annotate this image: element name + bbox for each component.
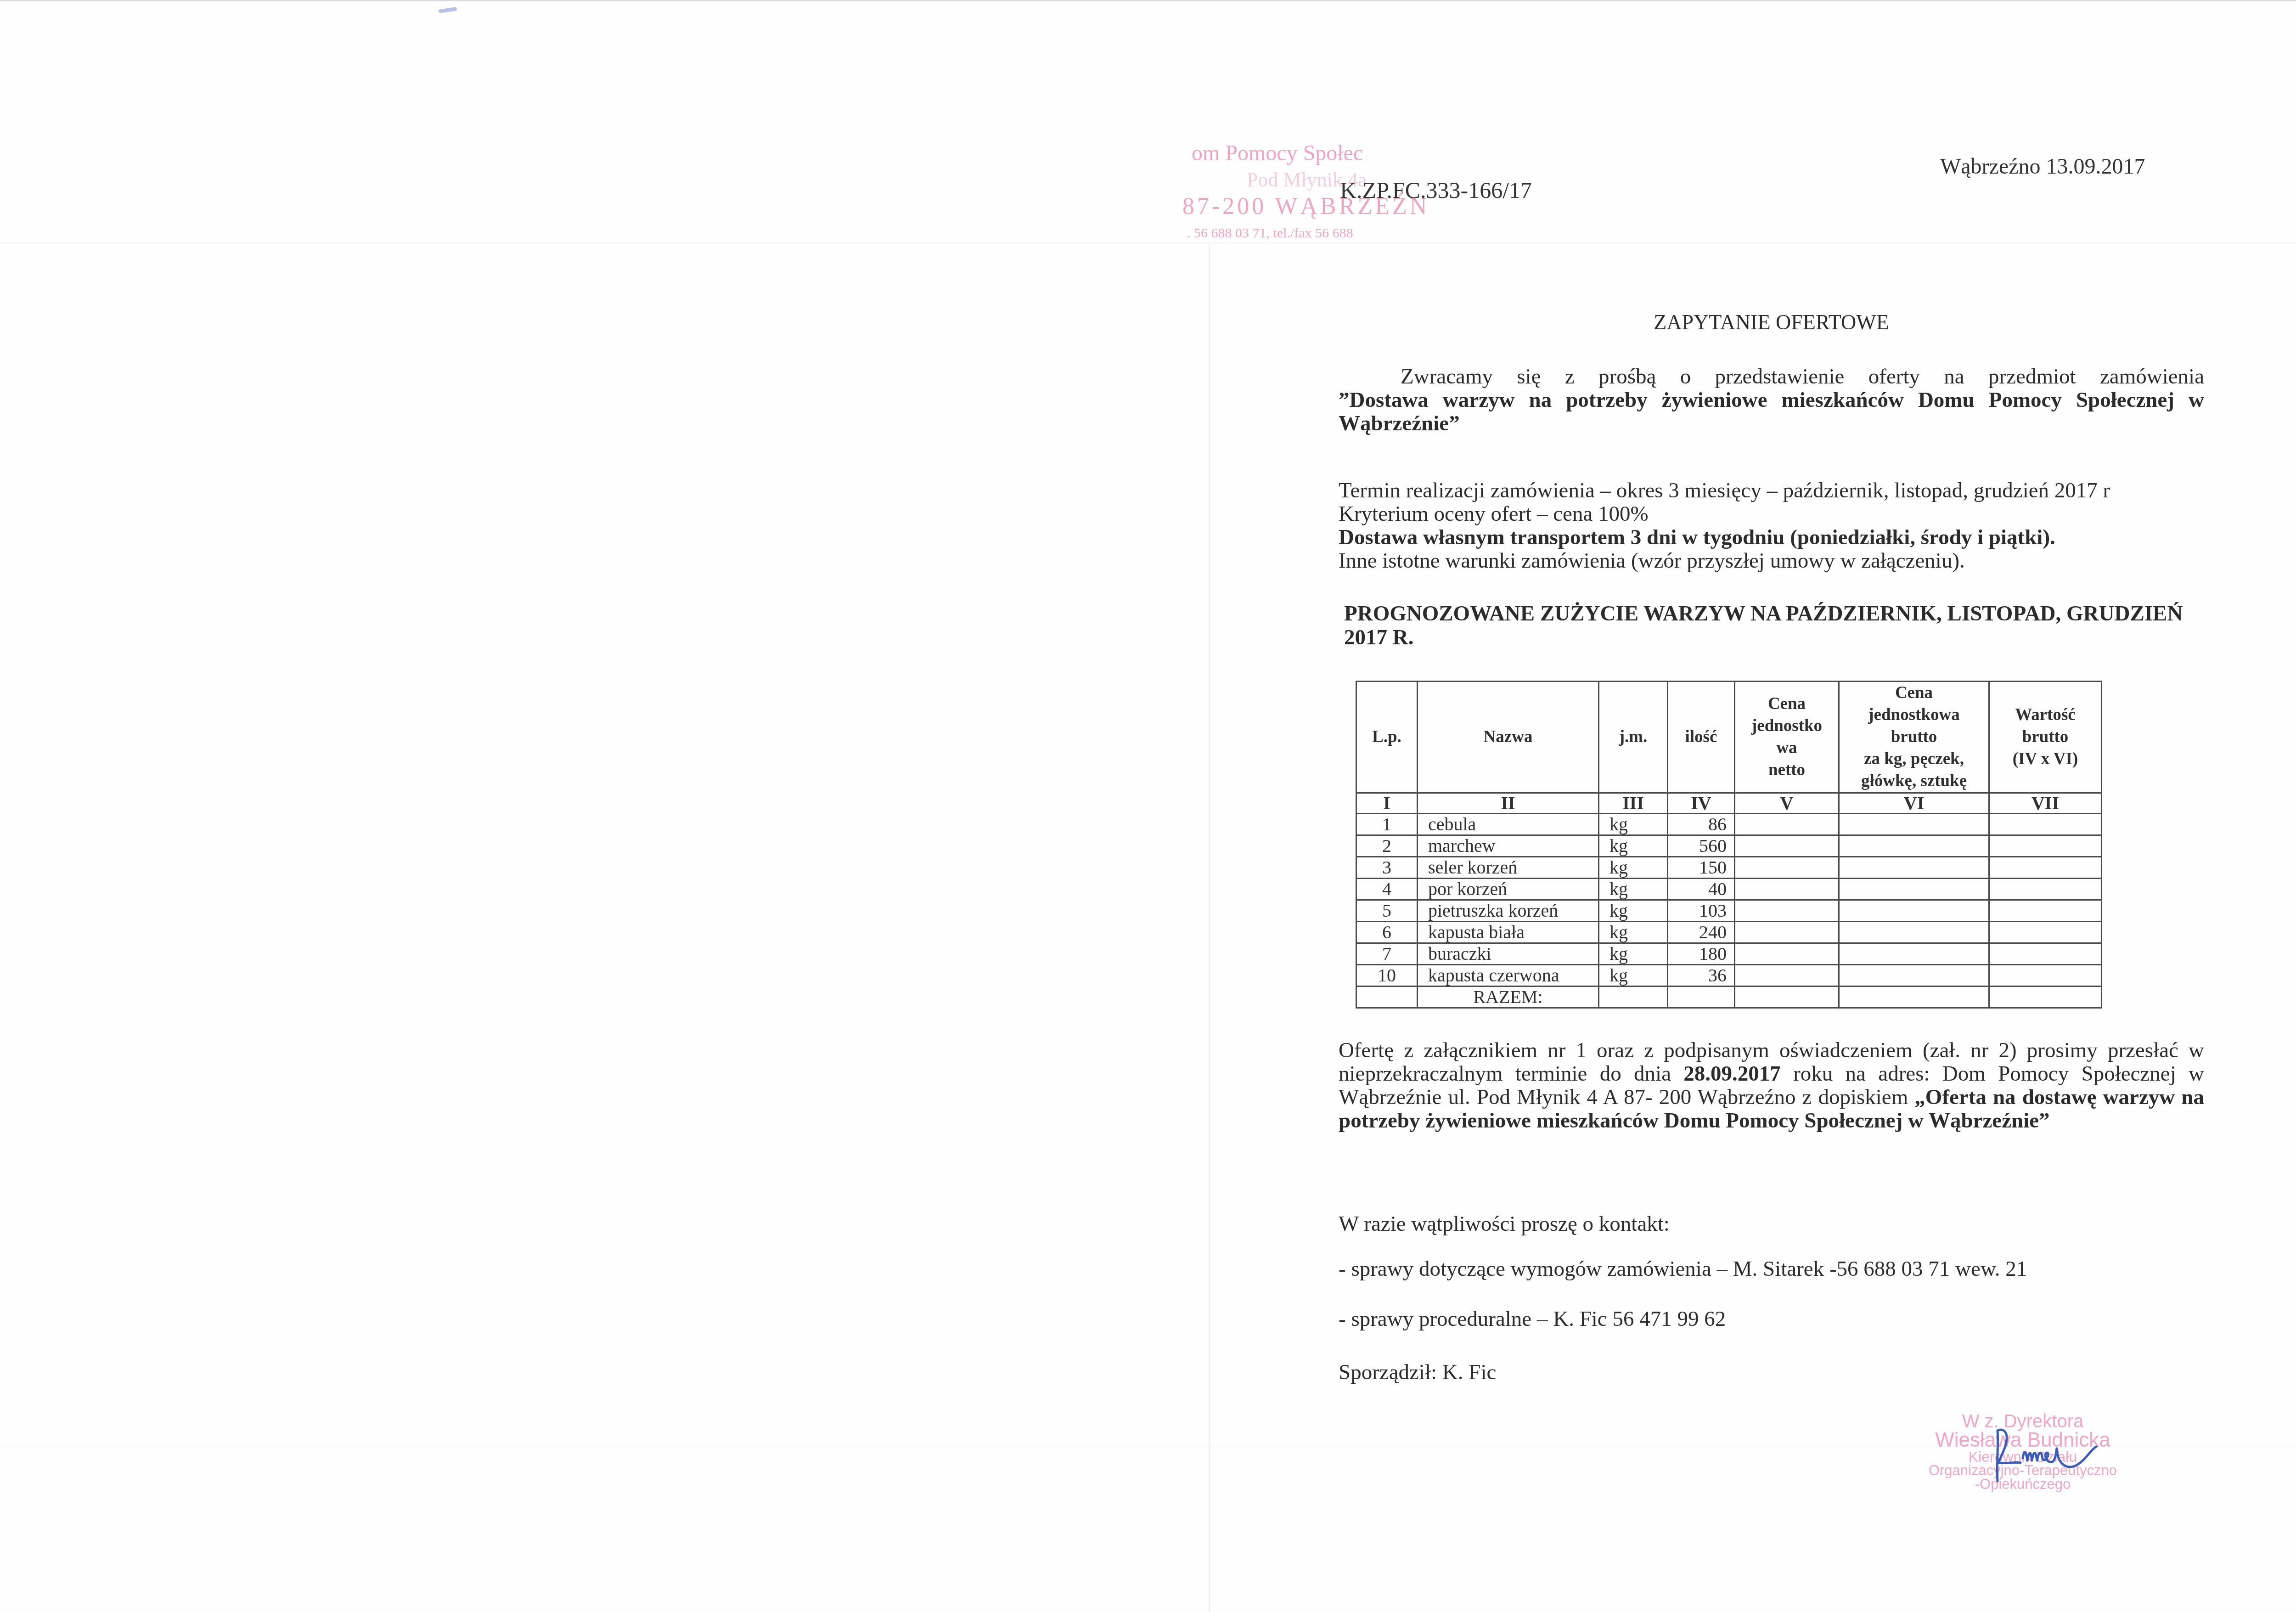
table-row: 7buraczkikg180 xyxy=(1356,943,2102,965)
terms-block: Termin realizacji zamówienia – okres 3 m… xyxy=(1339,479,2204,573)
cell-unit: kg xyxy=(1599,943,1668,965)
cell-unit: kg xyxy=(1599,900,1668,922)
table-row: 4por korzeńkg40 xyxy=(1356,879,2102,900)
offer-paragraph: Ofertę z załącznikiem nr 1 oraz z podpis… xyxy=(1339,1039,2204,1133)
cell-name: buraczki xyxy=(1418,943,1599,965)
header-value-gross-line: (IV x VI) xyxy=(1994,748,2096,770)
place-and-date: Wąbrzeźno 13.09.2017 xyxy=(1940,154,2145,179)
cell-unit-price-net[interactable] xyxy=(1735,835,1839,857)
cell-name: pietruszka korzeń xyxy=(1418,900,1599,922)
cell-quantity: 86 xyxy=(1668,814,1735,835)
cell-name: kapusta czerwona xyxy=(1418,965,1599,986)
total-cell xyxy=(1599,986,1668,1008)
cell-quantity: 240 xyxy=(1668,922,1735,943)
total-label: RAZEM: xyxy=(1418,986,1599,1008)
cell-unit: kg xyxy=(1599,835,1668,857)
header-unit-price-gross-line: jednostkowa xyxy=(1844,704,1984,726)
cell-lp: 2 xyxy=(1356,835,1418,857)
forecast-table: L.p. Nazwa j.m. ilość Cenajednostkowanet… xyxy=(1356,681,2102,1009)
term-criterion: Kryterium oceny ofert – cena 100% xyxy=(1339,502,2204,526)
cell-unit-price-gross[interactable] xyxy=(1839,900,1989,922)
header-unit-price-net-line: jednostko xyxy=(1740,715,1834,737)
cell-value-gross[interactable] xyxy=(1989,900,2102,922)
cell-name: por korzeń xyxy=(1418,879,1599,900)
cell-unit-price-gross[interactable] xyxy=(1839,922,1989,943)
header-unit-price-gross-line: Cena xyxy=(1844,682,1984,704)
total-cell xyxy=(1356,986,1418,1008)
cell-name: marchew xyxy=(1418,835,1599,857)
fold-line-horizontal xyxy=(0,242,2296,244)
header-value-gross: Wartośćbrutto(IV x VI) xyxy=(1989,682,2102,793)
cell-value-gross[interactable] xyxy=(1989,835,2102,857)
header-unit-price-gross-line: za kg, pęczek, xyxy=(1844,748,1984,770)
term-delivery: Dostawa własnym transportem 3 dni w tygo… xyxy=(1339,526,2204,549)
cell-unit: kg xyxy=(1599,857,1668,879)
header-unit-price-net: Cenajednostkowanetto xyxy=(1735,682,1839,793)
scan-top-edge xyxy=(0,0,2296,1)
cell-lp: 6 xyxy=(1356,922,1418,943)
cell-unit-price-net[interactable] xyxy=(1735,922,1839,943)
cell-name: kapusta biała xyxy=(1418,922,1599,943)
cell-lp: 3 xyxy=(1356,857,1418,879)
cell-unit: kg xyxy=(1599,922,1668,943)
cell-value-gross[interactable] xyxy=(1989,814,2102,835)
table-row: 2marchewkg560 xyxy=(1356,835,2102,857)
roman-cell: VI xyxy=(1839,793,1989,814)
stamp-line: . 56 688 03 71, tel./fax 56 688 xyxy=(1182,220,1559,247)
cell-name: cebula xyxy=(1418,814,1599,835)
roman-cell: III xyxy=(1599,793,1668,814)
table-total-row: RAZEM: xyxy=(1356,986,2102,1008)
cell-quantity: 560 xyxy=(1668,835,1735,857)
cell-unit: kg xyxy=(1599,814,1668,835)
cell-unit-price-net[interactable] xyxy=(1735,943,1839,965)
cell-unit-price-net[interactable] xyxy=(1735,857,1839,879)
table-row: 3seler korzeńkg150 xyxy=(1356,857,2102,879)
handwritten-signature-icon xyxy=(1988,1426,2108,1486)
cell-unit: kg xyxy=(1599,879,1668,900)
term-duration: Termin realizacji zamówienia – okres 3 m… xyxy=(1339,479,2204,502)
header-unit-price-net-line: netto xyxy=(1740,759,1834,781)
cell-value-gross[interactable] xyxy=(1989,965,2102,986)
total-cell xyxy=(1735,986,1839,1008)
cell-quantity: 150 xyxy=(1668,857,1735,879)
cell-value-gross[interactable] xyxy=(1989,857,2102,879)
roman-cell: V xyxy=(1735,793,1839,814)
header-quantity: ilość xyxy=(1668,682,1735,793)
header-value-gross-line: brutto xyxy=(1994,726,2096,748)
cell-value-gross[interactable] xyxy=(1989,943,2102,965)
roman-cell: IV xyxy=(1668,793,1735,814)
deadline-date: 28.09.2017 xyxy=(1683,1062,1781,1086)
cell-lp: 5 xyxy=(1356,900,1418,922)
table-row: 10kapusta czerwonakg36 xyxy=(1356,965,2102,986)
prepared-by: Sporządził: K. Fic xyxy=(1339,1361,2204,1384)
header-unit-price-gross: Cenajednostkowabruttoza kg, pęczek,główk… xyxy=(1839,682,1989,793)
cell-unit-price-net[interactable] xyxy=(1735,965,1839,986)
cell-unit: kg xyxy=(1599,965,1668,986)
intro-paragraph: Zwracamy się z prośbą o przedstawienie o… xyxy=(1339,365,2204,435)
header-unit-price-net-line: wa xyxy=(1740,737,1834,759)
cell-unit-price-gross[interactable] xyxy=(1839,835,1989,857)
table-row: 1cebulakg86 xyxy=(1356,814,2102,835)
intro-text: Zwracamy się z prośbą o przedstawienie o… xyxy=(1339,365,2204,389)
cell-name: seler korzeń xyxy=(1418,857,1599,879)
forecast-heading: PROGNOZOWANE ZUŻYCIE WARZYW NA PAŹDZIERN… xyxy=(1339,602,2210,649)
cell-unit-price-net[interactable] xyxy=(1735,900,1839,922)
cell-unit-price-gross[interactable] xyxy=(1839,943,1989,965)
cell-unit-price-net[interactable] xyxy=(1735,814,1839,835)
cell-quantity: 36 xyxy=(1668,965,1735,986)
roman-numeral-row: I II III IV V VI VII xyxy=(1356,793,2102,814)
cell-lp: 10 xyxy=(1356,965,1418,986)
table-row: 6kapusta białakg240 xyxy=(1356,922,2102,943)
contact-intro: W razie wątpliwości proszę o kontakt: xyxy=(1339,1212,2204,1236)
total-cell xyxy=(1668,986,1735,1008)
order-subject: ”Dostawa warzyw na potrzeby żywieniowe m… xyxy=(1339,389,2204,435)
cell-lp: 1 xyxy=(1356,814,1418,835)
cell-unit-price-gross[interactable] xyxy=(1839,879,1989,900)
reference-number: K.ZP.FC.333-166/17 xyxy=(1340,177,1532,203)
total-cell xyxy=(1839,986,1989,1008)
term-other: Inne istotne warunki zamówienia (wzór pr… xyxy=(1339,549,2204,573)
cell-unit-price-gross[interactable] xyxy=(1839,857,1989,879)
header-value-gross-line: Wartość xyxy=(1994,704,2096,726)
cell-quantity: 103 xyxy=(1668,900,1735,922)
cell-unit-price-gross[interactable] xyxy=(1839,814,1989,835)
roman-cell: II xyxy=(1418,793,1599,814)
cell-lp: 4 xyxy=(1356,879,1418,900)
cell-lp: 7 xyxy=(1356,943,1418,965)
cell-quantity: 40 xyxy=(1668,879,1735,900)
roman-cell: I xyxy=(1356,793,1418,814)
header-unit-price-gross-line: brutto xyxy=(1844,726,1984,748)
contact-requirements: - sprawy dotyczące wymogów zamówienia – … xyxy=(1339,1257,2204,1281)
header-unit: j.m. xyxy=(1599,682,1668,793)
header-unit-price-net-line: Cena xyxy=(1740,693,1834,715)
cell-unit-price-net[interactable] xyxy=(1735,879,1839,900)
cell-value-gross[interactable] xyxy=(1989,879,2102,900)
cell-value-gross[interactable] xyxy=(1989,922,2102,943)
document-title: ZAPYTANIE OFERTOWE xyxy=(1339,310,2204,334)
table-header-row: L.p. Nazwa j.m. ilość Cenajednostkowanet… xyxy=(1356,682,2102,793)
roman-cell: VII xyxy=(1989,793,2102,814)
header-name: Nazwa xyxy=(1418,682,1599,793)
fold-line-vertical xyxy=(1209,243,1210,1612)
table-row: 5pietruszka korzeńkg103 xyxy=(1356,900,2102,922)
header-unit-price-gross-line: główkę, sztukę xyxy=(1844,770,1984,792)
contact-procedural: - sprawy proceduralne – K. Fic 56 471 99… xyxy=(1339,1308,2204,1331)
cell-unit-price-gross[interactable] xyxy=(1839,965,1989,986)
cell-quantity: 180 xyxy=(1668,943,1735,965)
ink-speck xyxy=(439,7,457,13)
header-lp: L.p. xyxy=(1356,682,1418,793)
total-cell[interactable] xyxy=(1989,986,2102,1008)
stamp-line: om Pomocy Społec xyxy=(1182,140,1559,167)
